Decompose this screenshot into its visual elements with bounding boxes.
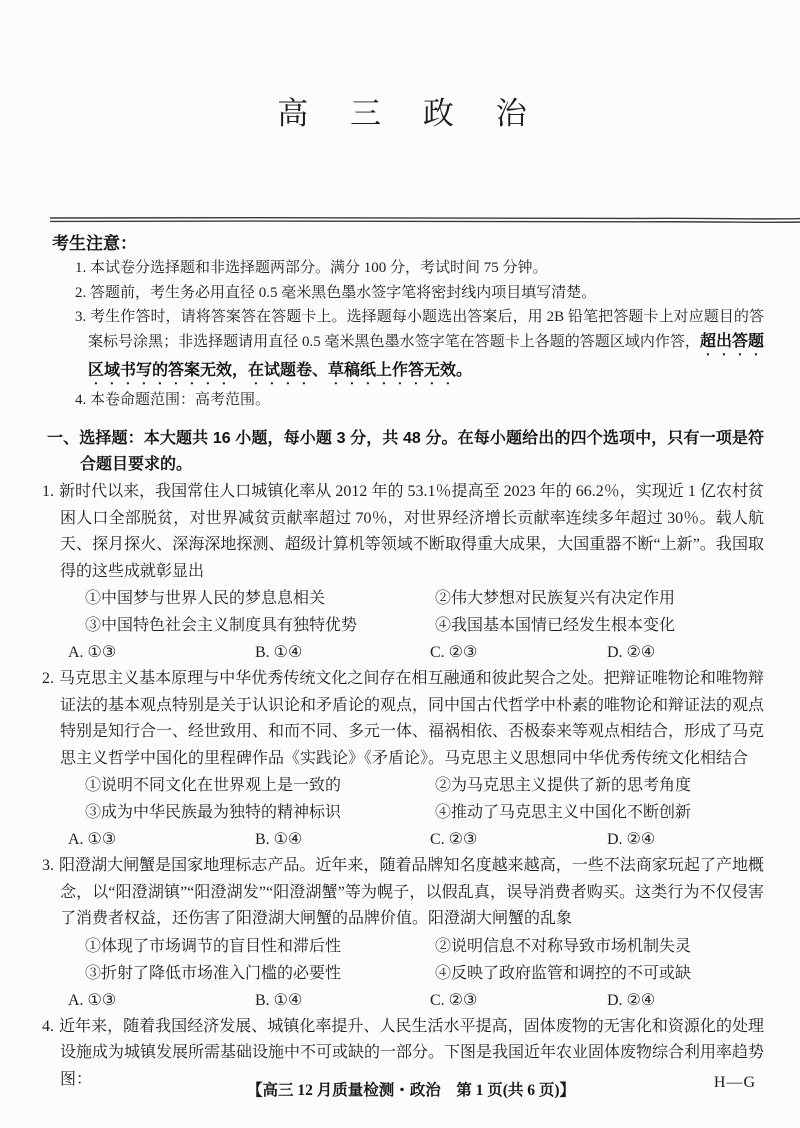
option-row: ③成为中华民族最为独特的精神标识 ④推动了马克思主义中国化不断创新 xyxy=(60,799,764,826)
answer-choice-b: B. ①④ xyxy=(255,826,430,853)
answer-choice-d: D. ②④ xyxy=(607,987,764,1014)
question-stem: 1.新时代以来，我国常住人口城镇化率从 2012 年的 53.1％提高至 202… xyxy=(60,479,764,585)
exam-page: 高 三 政 治 考生注意： 1. 本试卷分选择题和非选择题两部分。满分 100 … xyxy=(0,0,800,1128)
question-3: 3.阳澄湖大闸蟹是国家地理标志产品。近年来，随着品牌知名度越来越高，一些不法商家… xyxy=(40,853,764,1014)
answer-choice-a: A. ①③ xyxy=(68,987,255,1014)
notice-item-3-text: 3. 考生作答时，请将答案答在答题卡上。选择题每小题选出答案后，用 2B 铅笔把… xyxy=(75,309,764,350)
notice-item-1: 1. 本试卷分选择题和非选择题两部分。满分 100 分，考试时间 75 分钟。 xyxy=(40,256,764,281)
answer-choice-c: C. ②③ xyxy=(430,826,607,853)
option-row: ①说明不同文化在世界观上是一致的 ②为马克思主义提供了新的思考角度 xyxy=(60,772,764,799)
option-3: ③折射了降低市场准入门槛的必要性 xyxy=(85,960,435,987)
question-number: 3. xyxy=(42,857,59,874)
option-1: ①中国梦与世界人民的梦息息相关 xyxy=(85,585,435,612)
option-4: ④我国基本国情已经发生根本变化 xyxy=(435,612,764,639)
answer-choice-a: A. ①③ xyxy=(68,826,255,853)
question-list: 1.新时代以来，我国常住人口城镇化率从 2012 年的 53.1％提高至 202… xyxy=(40,479,764,1093)
answer-row: A. ①③ B. ①④ C. ②③ D. ②④ xyxy=(60,826,764,853)
option-2: ②伟大梦想对民族复兴有决定作用 xyxy=(435,585,764,612)
question-text: 阳澄湖大闸蟹是国家地理标志产品。近年来，随着品牌知名度越来越高，一些不法商家玩起… xyxy=(59,857,764,927)
question-stem: 3.阳澄湖大闸蟹是国家地理标志产品。近年来，随着品牌知名度越来越高，一些不法商家… xyxy=(60,853,764,933)
candidate-notice: 考生注意： 1. 本试卷分选择题和非选择题两部分。满分 100 分，考试时间 7… xyxy=(40,232,764,412)
notice-heading: 考生注意： xyxy=(52,232,764,256)
notice-item-3: 3. 考生作答时，请将答案答在答题卡上。选择题每小题选出答案后，用 2B 铅笔把… xyxy=(40,305,764,388)
question-2: 2.马克思主义基本原理与中华优秀传统文化之间存在相互融通和彼此契合之处。把辩证唯… xyxy=(40,666,764,853)
answer-choice-d: D. ②④ xyxy=(607,826,764,853)
double-rule-lines xyxy=(50,215,800,224)
answer-choice-a: A. ①③ xyxy=(68,639,255,666)
notice-item-4: 4. 本卷命题范围：高考范围。 xyxy=(40,388,764,413)
option-row: ③中国特色社会主义制度具有独特优势 ④我国基本国情已经发生根本变化 xyxy=(60,612,764,639)
question-text: 马克思主义基本原理与中华优秀传统文化之间存在相互融通和彼此契合之处。把辩证唯物论… xyxy=(59,670,764,767)
section-heading: 一、选择题：本大题共 16 小题，每小题 3 分，共 48 分。在每小题给出的四… xyxy=(47,426,764,478)
option-row: ③折射了降低市场准入门槛的必要性 ④反映了政府监管和调控的不可或缺 xyxy=(60,960,764,987)
option-4: ④反映了政府监管和调控的不可或缺 xyxy=(435,960,764,987)
answer-choice-b: B. ①④ xyxy=(255,639,430,666)
answer-choice-c: C. ②③ xyxy=(430,987,607,1014)
notice-item-2: 2. 答题前，考生务必用直径 0.5 毫米黑色墨水签字笔将密封线内项目填写清楚。 xyxy=(40,281,764,306)
question-text: 近年来，随着我国经济发展、城镇化率提升、人民生活水平提高，固体废物的无害化和资源… xyxy=(59,1018,764,1088)
option-4: ④推动了马克思主义中国化不断创新 xyxy=(435,799,764,826)
answer-choice-c: C. ②③ xyxy=(430,639,607,666)
answer-choice-b: B. ①④ xyxy=(255,987,430,1014)
answer-choice-d: D. ②④ xyxy=(607,639,764,666)
question-number: 1. xyxy=(42,483,59,500)
option-3: ③中国特色社会主义制度具有独特优势 xyxy=(85,612,435,639)
option-1: ①体现了市场调节的盲目性和滞后性 xyxy=(85,933,435,960)
answer-row: A. ①③ B. ①④ C. ②③ D. ②④ xyxy=(60,639,764,666)
footer-page-info: 【高三 12 月质量检测・政治 第 1 页(共 6 页)】 xyxy=(0,1078,800,1100)
question-stem: 2.马克思主义基本原理与中华优秀传统文化之间存在相互融通和彼此契合之处。把辩证唯… xyxy=(60,666,764,772)
option-1: ①说明不同文化在世界观上是一致的 xyxy=(85,772,435,799)
question-number: 2. xyxy=(42,670,59,687)
option-row: ①中国梦与世界人民的梦息息相关 ②伟大梦想对民族复兴有决定作用 xyxy=(60,585,764,612)
answer-row: A. ①③ B. ①④ C. ②③ D. ②④ xyxy=(60,987,764,1014)
option-row: ①体现了市场调节的盲目性和滞后性 ②说明信息不对称导致市场机制失灵 xyxy=(60,933,764,960)
question-number: 4. xyxy=(42,1018,59,1035)
option-3: ③成为中华民族最为独特的精神标识 xyxy=(85,799,435,826)
footer-paper-code: H—G xyxy=(714,1074,756,1092)
option-2: ②说明信息不对称导致市场机制失灵 xyxy=(435,933,764,960)
page-title: 高 三 政 治 xyxy=(40,0,764,133)
question-text: 新时代以来，我国常住人口城镇化率从 2012 年的 53.1％提高至 2023 … xyxy=(59,483,764,580)
header-double-rule xyxy=(50,215,800,224)
option-2: ②为马克思主义提供了新的思考角度 xyxy=(435,772,764,799)
question-1: 1.新时代以来，我国常住人口城镇化率从 2012 年的 53.1％提高至 202… xyxy=(40,479,764,666)
